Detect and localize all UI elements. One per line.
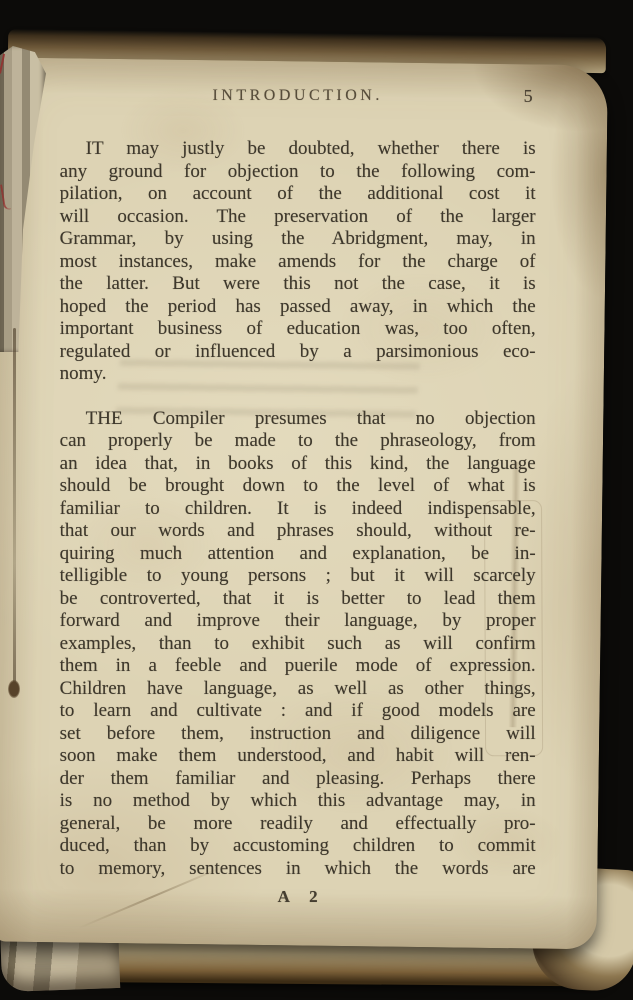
text-line: be controverted, that it is better to le…	[60, 588, 536, 610]
text-line: to learn and cultivate : and if good mod…	[60, 700, 536, 722]
text-line: an idea that, in books of this kind, the…	[60, 453, 536, 476]
text-line: THE Compiler presumes that no objection	[60, 408, 536, 431]
crease-wear-spot	[8, 680, 20, 698]
text-line: regulated or influenced by a parsimoniou…	[60, 341, 536, 364]
text-line: them in a feeble and puerile mode of exp…	[60, 655, 536, 678]
text-line: forward and improve their language, by p…	[60, 610, 536, 633]
text-line: important business of education was, too…	[60, 318, 536, 341]
text-line: nomy.	[60, 363, 536, 386]
text-line: should be brought down to the level of w…	[60, 475, 536, 498]
text-line: familiar to children. It is indeed indis…	[60, 498, 536, 520]
text-line: the latter. But were this not the case, …	[60, 273, 536, 296]
running-header-title: INTRODUCTION.	[60, 85, 536, 108]
text-line: quiring much attention and explanation, …	[60, 543, 536, 566]
text-line: Children have language, as well as other…	[60, 678, 536, 701]
text-line: any ground for objection to the followin…	[60, 161, 536, 184]
page-crease-left	[13, 328, 16, 690]
text-line: Grammar, by using the Abridgment, may, i…	[60, 228, 536, 251]
text-line: can properly be made to the phraseology,…	[60, 430, 536, 453]
paragraph: IT may justly be doubted, whether there …	[60, 138, 536, 386]
text-line: soon make them understood, and habit wil…	[60, 745, 536, 767]
printed-text-block: INTRODUCTION. 5 IT may justly be doubted…	[60, 85, 536, 909]
text-line: pilation, on account of the additional c…	[60, 183, 536, 206]
text-line: most instances, make amends for the char…	[60, 251, 536, 274]
text-line: will occasion. The preservation of the l…	[60, 206, 536, 229]
paragraph: THE Compiler presumes that no objectionc…	[60, 408, 536, 880]
text-line: examples, than to exhibit such as will c…	[60, 633, 536, 656]
text-line: telligible to young persons ; but it wil…	[60, 565, 536, 588]
scanned-book-page: INTRODUCTION. 5 IT may justly be doubted…	[0, 0, 633, 1000]
text-line: is no method by which this advantage may…	[60, 790, 536, 813]
text-line: general, be more readily and effectually…	[60, 813, 536, 836]
text-line: IT may justly be doubted, whether there …	[60, 138, 536, 161]
page-number: 5	[524, 85, 533, 108]
book-page: INTRODUCTION. 5 IT may justly be doubted…	[0, 57, 608, 949]
text-line: that our words and phrases should, witho…	[60, 520, 536, 543]
text-line: duced, than by accustoming children to c…	[60, 835, 536, 858]
body-text: IT may justly be doubted, whether there …	[60, 138, 536, 880]
text-line: to memory, sentences in which the words …	[60, 858, 536, 880]
text-line: set before them, instruction and diligen…	[60, 723, 536, 746]
text-line: der them familiar and pleasing. Perhaps …	[60, 768, 536, 791]
text-line: hoped the period has passed away, in whi…	[60, 296, 536, 319]
running-header: INTRODUCTION. 5	[60, 85, 536, 107]
